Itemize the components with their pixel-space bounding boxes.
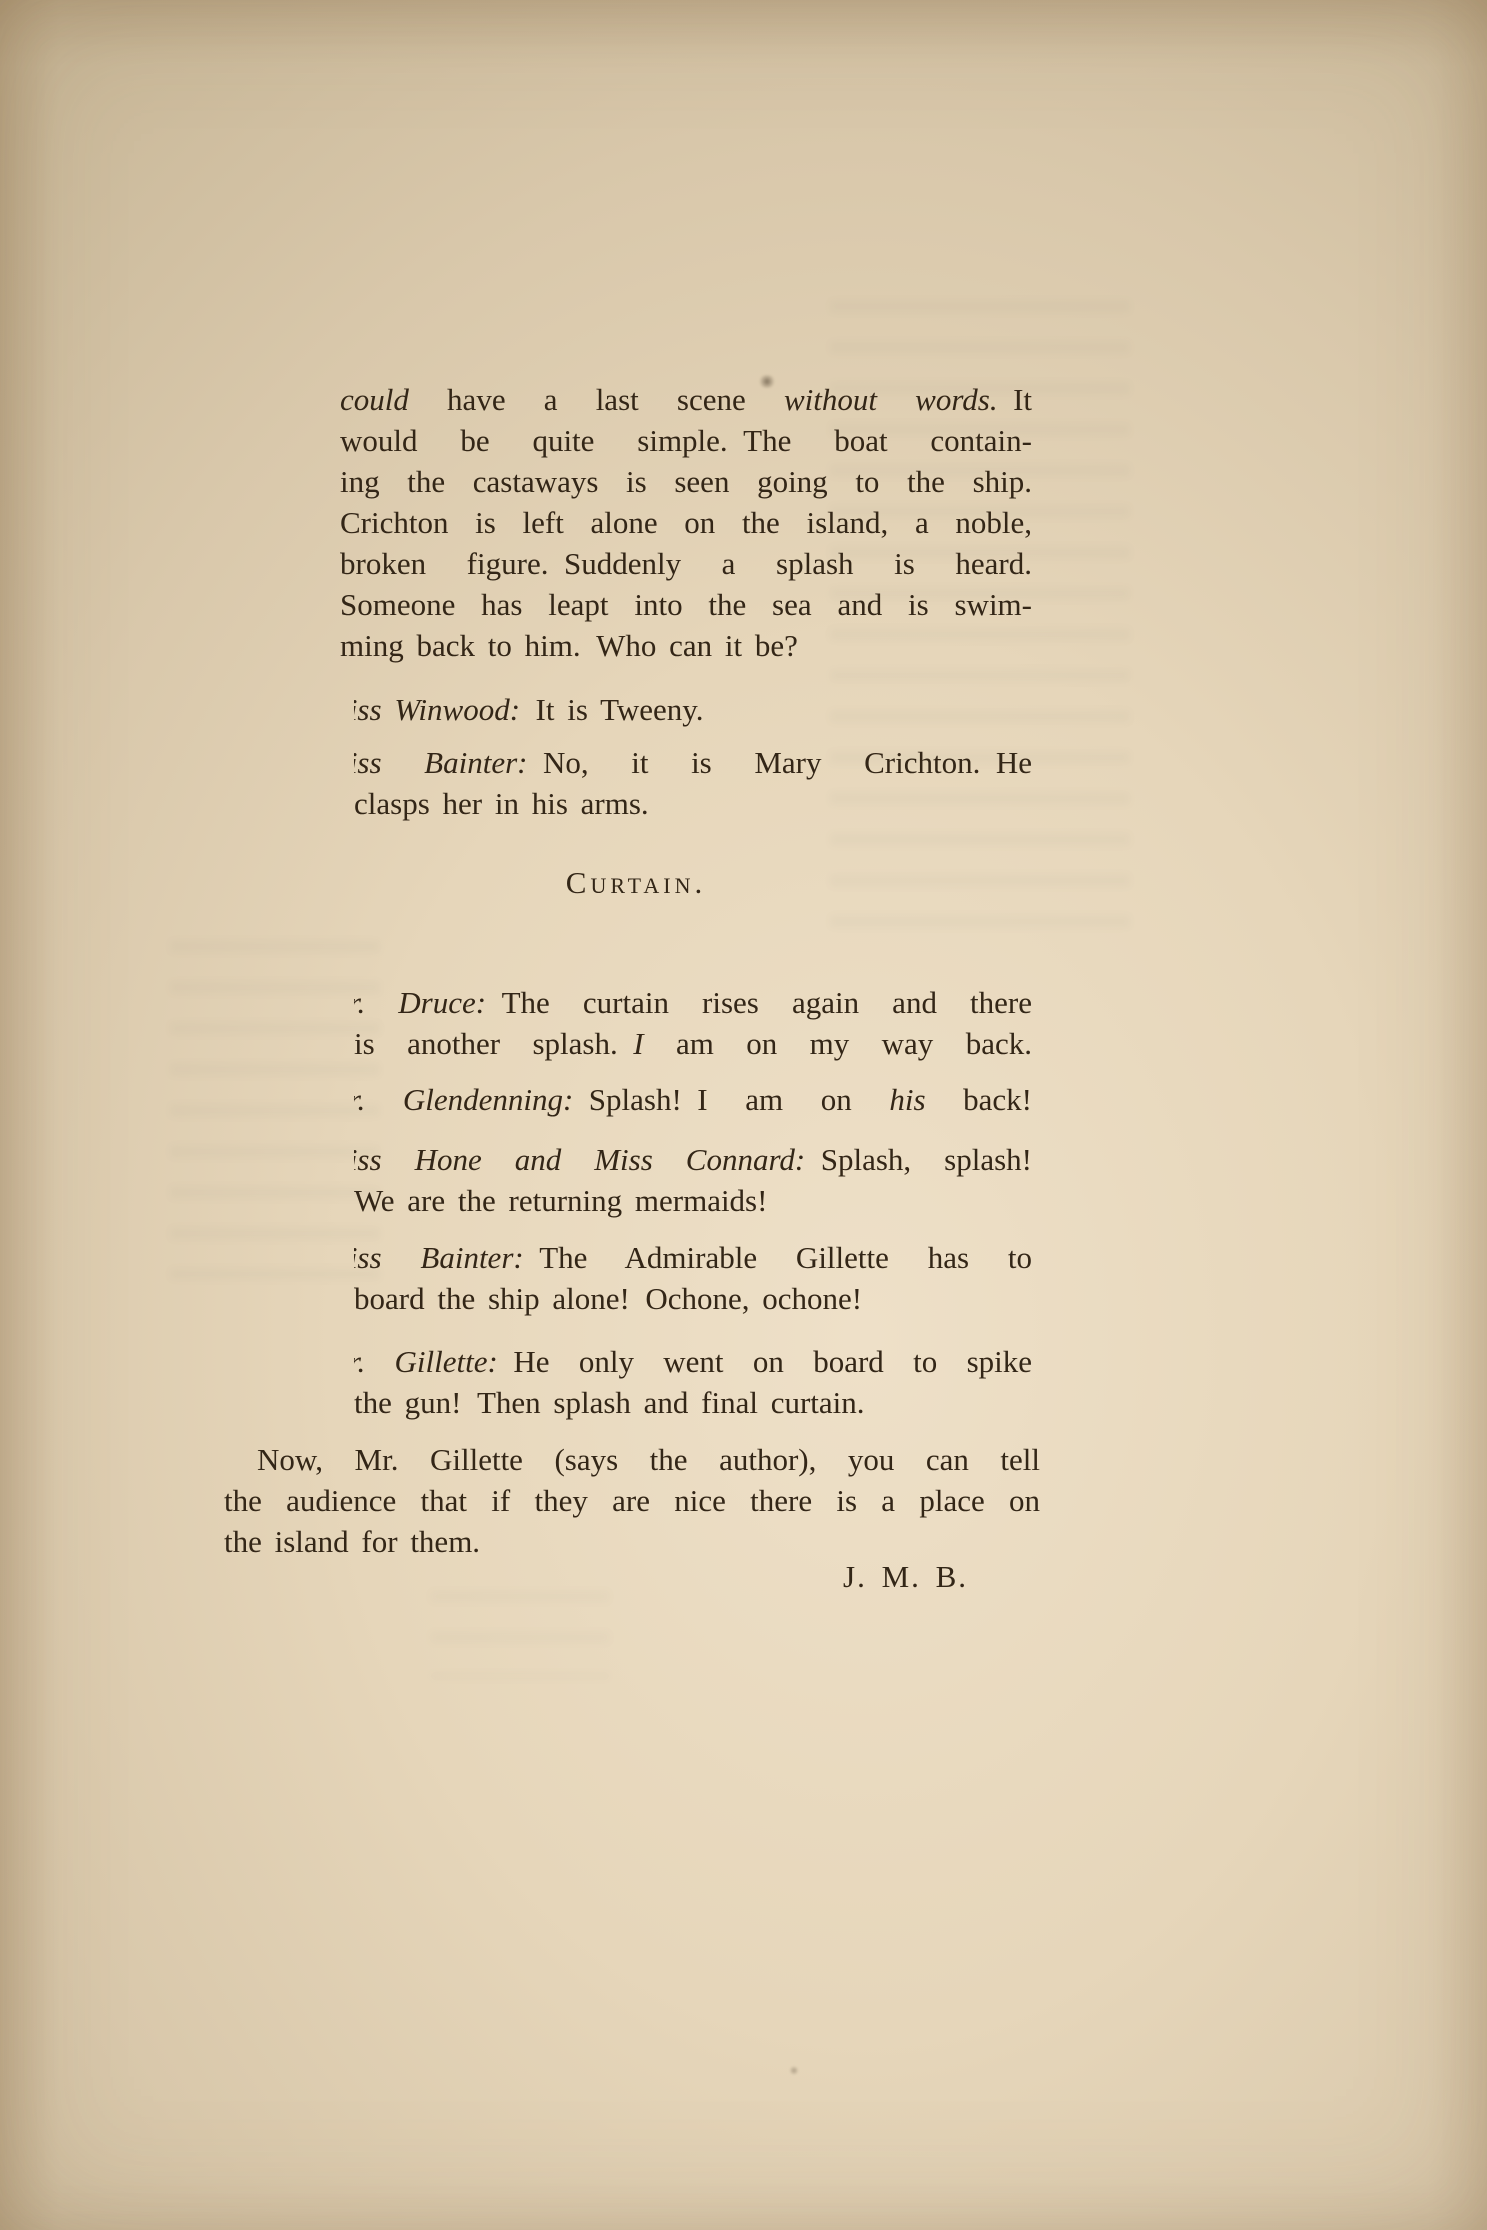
closing-paragraph: Now, Mr. Gillette (says the author), you… [224,1439,1040,1562]
text-line: Miss Bainter: No, it is Mary Crichton. H… [354,742,1032,783]
text-segment: Mr. Gillette: [354,1344,498,1379]
text-segment: his [889,1082,925,1117]
text-segment: am on my way back. [644,1026,1032,1061]
text-segment: No, it is Mary Crichton. He [527,745,1032,780]
text-line: We are the returning mermaids! [354,1180,1032,1221]
text-segment: Curtain. [566,865,706,900]
druce-line: Mr. Druce: The curtain rises again and t… [354,982,1032,1064]
text-segment: I [633,1026,643,1061]
text-segment: Miss Winwood: [354,692,520,727]
text-line: Now, Mr. Gillette (says the author), you… [224,1439,1040,1480]
text-line: is another splash. I am on my way back. [354,1023,1032,1064]
text-line: Miss Hone and Miss Connard: Splash, spla… [354,1139,1032,1180]
text-line: Miss Winwood: It is Tweeny. [354,689,1032,730]
text-segment: ing the castaways is seen going to the s… [340,464,1032,499]
text-segment: The curtain rises again and there [486,985,1032,1020]
text-line: board the ship alone! Ochone, ochone! [354,1278,1032,1319]
gillette-line: Mr. Gillette: He only went on board to s… [354,1341,1032,1423]
text-line: Mr. Gillette: He only went on board to s… [354,1341,1032,1382]
text-segment: back! [926,1082,1032,1117]
text-segment: Crichton is left alone on the island, a … [340,505,1032,540]
show-through-print [430,1590,610,1680]
text-segment: Miss Bainter: [354,745,527,780]
text-segment: J. M. B. [843,1559,968,1594]
text-segment: Splash! I am on [573,1082,889,1117]
text-segment: He only went on board to spike [498,1344,1032,1379]
text-line: Crichton is left alone on the island, a … [340,502,1032,543]
bainter-line-2: Miss Bainter: The Admirable Gillette has… [354,1237,1032,1319]
text-segment: It is Tweeny. [520,692,703,727]
text-segment: would be quite simple. The boat contain- [340,423,1032,458]
hone-connard-line: Miss Hone and Miss Connard: Splash, spla… [354,1139,1032,1221]
text-segment: ming back to him. Who can it be? [340,628,798,663]
text-segment: board the ship alone! Ochone, ochone! [354,1281,862,1316]
text-line: ming back to him. Who can it be? [340,625,1032,666]
text-segment: Miss Hone and Miss Connard: [354,1142,805,1177]
text-line: the audience that if they are nice there… [224,1480,1040,1521]
glendenning-line: Mr. Glendenning: Splash! I am on his bac… [354,1079,1032,1120]
bainter-line-1: Miss Bainter: No, it is Mary Crichton. H… [354,742,1032,824]
text-segment: We are the returning mermaids! [354,1183,767,1218]
speech-continuation: could have a last scene without words. I… [340,379,1032,666]
text-line: ing the castaways is seen going to the s… [340,461,1032,502]
text-segment: The Admirable Gillette has to [524,1240,1032,1275]
text-line: Mr. Glendenning: Splash! I am on his bac… [354,1079,1032,1120]
author-initials: J. M. B. [843,1556,1487,1597]
book-page: could have a last scene without words. I… [0,0,1487,2230]
text-line: clasps her in his arms. [354,783,1032,824]
text-segment: It [998,382,1032,417]
text-segment: could [340,382,409,417]
text-segment: without words. [784,382,998,417]
text-segment: Splash, splash! [805,1142,1032,1177]
text-line: could have a last scene without words. I… [340,379,1032,420]
text-line: Mr. Druce: The curtain rises again and t… [354,982,1032,1023]
text-line: Someone has leapt into the sea and is sw… [340,584,1032,625]
text-line: Miss Bainter: The Admirable Gillette has… [354,1237,1032,1278]
text-segment: the gun! Then splash and final curtain. [354,1385,865,1420]
text-line: broken figure. Suddenly a splash is hear… [340,543,1032,584]
text-segment: Mr. Glendenning: [354,1082,573,1117]
text-line: J. M. B. [843,1556,1487,1597]
text-line: would be quite simple. The boat contain- [340,420,1032,461]
text-segment: Mr. Druce: [354,985,486,1020]
text-segment: Miss Bainter: [354,1240,524,1275]
ink-smudge [789,2066,799,2075]
text-segment: the island for them. [224,1524,480,1559]
text-segment: broken figure. Suddenly a splash is hear… [340,546,1032,581]
curtain-label: Curtain. [340,862,932,903]
text-block: could have a last scene without words. I… [0,379,1487,1597]
winwood-line: Miss Winwood: It is Tweeny. [354,689,1032,730]
text-segment: clasps her in his arms. [354,786,649,821]
text-line: the gun! Then splash and final curtain. [354,1382,1032,1423]
text-segment: have a last scene [409,382,784,417]
text-segment: is another splash. [354,1026,633,1061]
text-segment: Someone has leapt into the sea and is sw… [340,587,1032,622]
text-segment: the audience that if they are nice there… [224,1483,1040,1518]
text-segment: Now, Mr. Gillette (says the author), you… [257,1442,1040,1477]
text-line: Curtain. [340,862,932,903]
